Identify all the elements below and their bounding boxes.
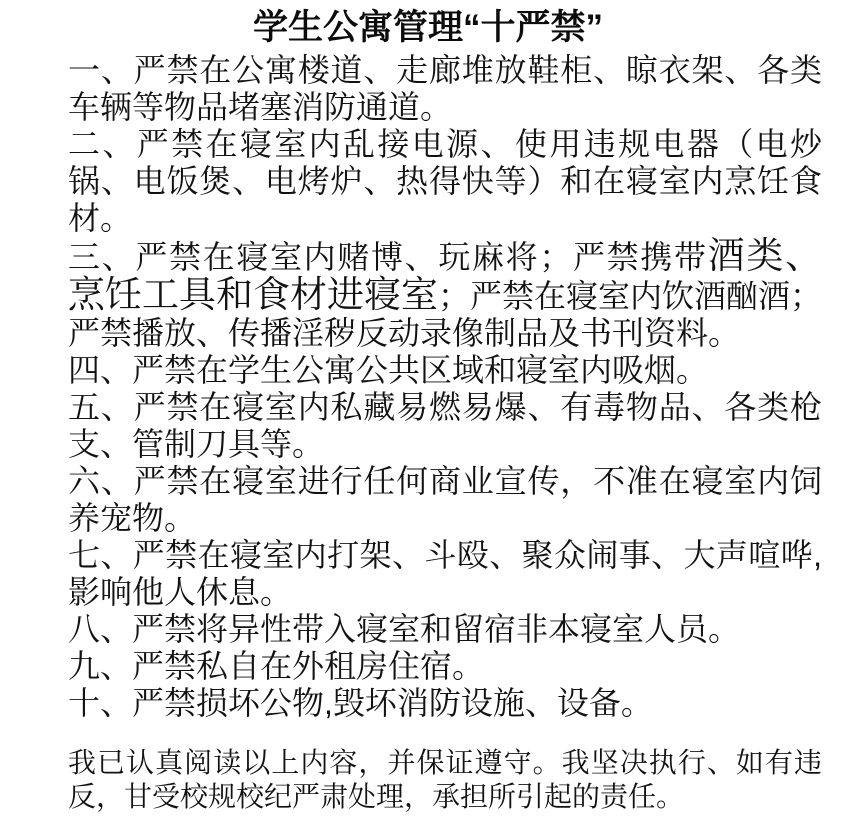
rule-item-6: 六、严禁在寝室进行任何商业宣传，不准在寝室内饲养宠物。: [68, 463, 822, 537]
rule-item-5: 五、严禁在寝室内私藏易燃易爆、有毒物品、各类枪支、管制刀具等。: [68, 389, 822, 463]
rule-item-3-prefix: 三、严禁在寝室内赌博、玩麻将；严禁携带: [68, 239, 708, 275]
rule-item-3: 三、严禁在寝室内赌博、玩麻将；严禁携带酒类、烹饪工具和食材进寝室；严禁在寝室内饮…: [68, 237, 822, 352]
rule-item-8: 八、严禁将异性带入寝室和留宿非本寝室人员。: [68, 611, 822, 648]
document-page: 学生公寓管理“十严禁” 一、严禁在公寓楼道、走廊堆放鞋柜、晾衣架、各类车辆等物品…: [0, 0, 856, 817]
rule-item-10: 十、严禁损坏公物,毁坏消防设施、设备。: [68, 685, 822, 722]
rule-item-9: 九、严禁私自在外租房住宿。: [68, 648, 822, 685]
rule-item-4: 四、严禁在学生公寓公共区域和寝室内吸烟。: [68, 352, 822, 389]
rules-list: 一、严禁在公寓楼道、走廊堆放鞋柜、晾衣架、各类车辆等物品堵塞消防通道。 二、严禁…: [68, 52, 822, 722]
rule-item-7: 七、严禁在寝室内打架、斗殴、聚众闹事、大声喧哗,影响他人休息。: [68, 537, 822, 611]
document-title: 学生公寓管理“十严禁”: [0, 8, 856, 48]
rule-item-2: 二、严禁在寝室内乱接电源、使用违规电器（电炒锅、电饭煲、电烤炉、热得快等）和在寝…: [68, 126, 822, 237]
rule-item-1: 一、严禁在公寓楼道、走廊堆放鞋柜、晾衣架、各类车辆等物品堵塞消防通道。: [68, 52, 822, 126]
pledge-paragraph: 我已认真阅读以上内容，并保证遵守。我坚决执行、如有违反，甘受校规校纪严肃处理，承…: [68, 746, 822, 814]
